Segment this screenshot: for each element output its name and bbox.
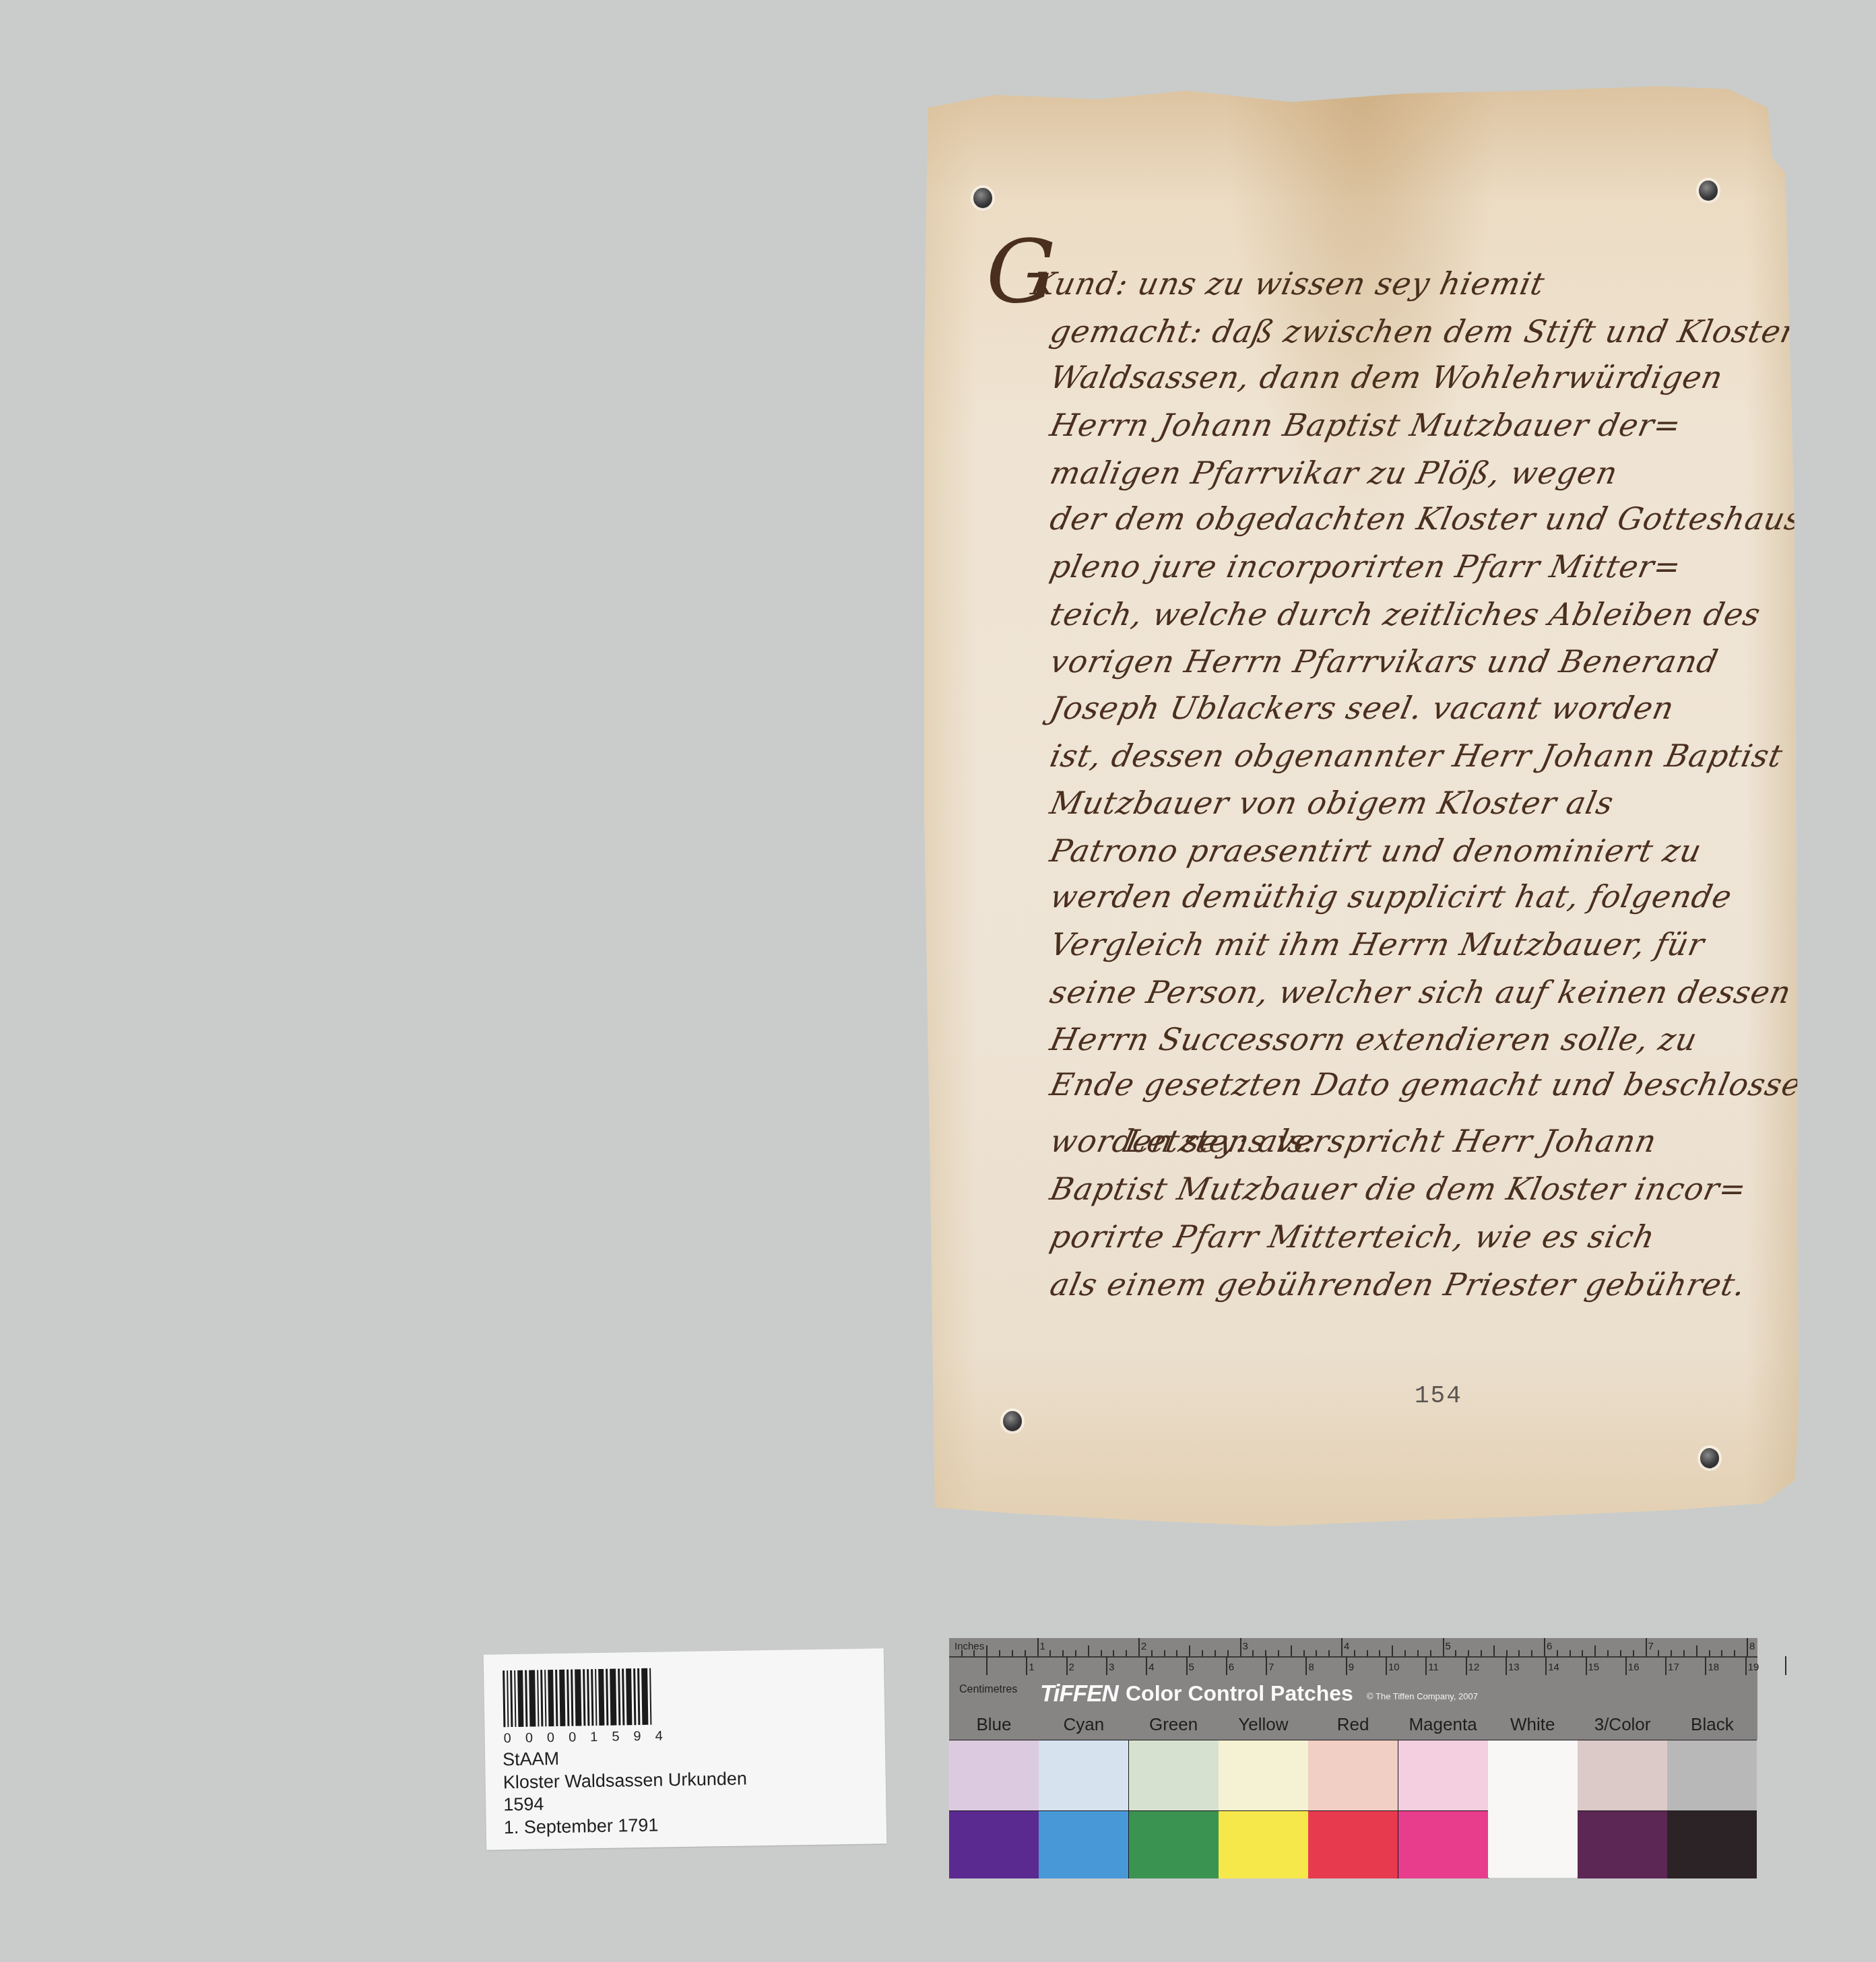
ruler-tick [1305,1656,1307,1675]
cm-number: 3 [1109,1662,1114,1673]
barcode-bar [575,1669,581,1726]
color-patch-dark [1488,1810,1578,1878]
barcode-bar [595,1669,597,1726]
cm-number: 5 [1189,1662,1194,1673]
ruler-tick [1696,1645,1697,1656]
manuscript-page: G Kund: uns zu wissen sey hiemitgemacht:… [924,86,1799,1526]
ruler-tick [1545,1656,1547,1675]
cm-number: 7 [1268,1662,1274,1673]
patch-label: Black [1667,1714,1757,1735]
ruler-tick [1346,1656,1347,1675]
ruler-tick [1506,1650,1508,1656]
rivet-bottom-left-icon [1003,1411,1022,1431]
barcode-bar [591,1669,593,1726]
manuscript-line: Letztens verspricht Herr Johann [1122,1123,1876,1159]
color-patch-light [1578,1740,1668,1811]
ruler-tick [1646,1638,1647,1656]
color-patch-dark [1129,1810,1219,1878]
label-number: 1594 [503,1790,748,1817]
tiffen-logo: TiFFEN [1040,1680,1118,1707]
manuscript-line: als einem gebührenden Priester gebühret. [1047,1266,1876,1303]
ruler-tick [1186,1656,1188,1675]
cm-number: 4 [1149,1662,1154,1673]
cm-number: 9 [1349,1662,1354,1673]
barcode-bar [567,1670,569,1726]
patch-label: Cyan [1039,1714,1128,1735]
ruler-tick [1544,1638,1545,1656]
label-archive: StAAM [503,1745,747,1771]
barcode [503,1668,653,1727]
manuscript-line: Herrn Johann Baptist Mutzbauer der= [1047,407,1876,443]
rivet-top-left-icon [973,188,992,208]
centimetres-ruler: 12345678910111213141516171819 [949,1656,1757,1676]
ruler-tick [986,1645,988,1656]
ruler-tick [1466,1656,1467,1675]
barcode-bar [571,1670,573,1726]
manuscript-line: Waldsassen, dann dem Wohlehrwürdigen [1047,359,1876,395]
barcode-bar [514,1670,516,1727]
barcode-bar [626,1668,632,1725]
barcode-bar [507,1670,509,1727]
ruler-tick [1367,1650,1368,1656]
fold-line [1823,86,1825,1526]
color-patch-light [1219,1740,1309,1811]
ruler-tick [999,1650,1000,1656]
chart-title: Color Control Patches [1126,1681,1353,1706]
rivet-bottom-right-icon [1700,1448,1719,1468]
barcode-bar [503,1670,505,1727]
barcode-digit: 9 [633,1729,641,1744]
ruler-tick [1658,1650,1659,1656]
ruler-tick [1633,1650,1634,1656]
centimetres-label: Centimetres [959,1684,1017,1696]
ruler-tick [1425,1656,1427,1675]
barcode-bar [610,1669,616,1726]
manuscript-line: seine Person, welcher sich auf keinen de… [1047,974,1876,1010]
ruler-tick [1392,1645,1393,1656]
cm-number: 13 [1508,1662,1520,1673]
barcode-digit: 0 [569,1730,576,1746]
manuscript-line: Ende gesetzten Dato gemacht und beschlos… [1047,1066,1876,1103]
manuscript-line: Baptist Mutzbauer die dem Kloster incor= [1047,1171,1876,1207]
ruler-tick [1303,1650,1305,1656]
inches-label: Inches [955,1641,984,1652]
manuscript-line: ist, dessen obgenannter Herr Johann Bapt… [1047,738,1876,774]
barcode-bar [598,1669,604,1726]
patch-label: Yellow [1219,1714,1308,1735]
chart-copyright: © The Tiffen Company, 2007 [1367,1691,1478,1701]
ruler-tick [1012,1650,1013,1656]
ruler-tick [1705,1656,1706,1675]
ruler-tick [1278,1650,1279,1656]
manuscript-line: pleno jure incorporirten Pfarr Mitter= [1047,548,1876,585]
ruler-tick [1227,1650,1229,1656]
barcode-bar [641,1668,648,1725]
cm-number: 11 [1428,1662,1439,1673]
label-date: 1. September 1791 [504,1812,748,1839]
barcode-digit: 4 [655,1729,662,1744]
ruler-tick [1671,1650,1672,1656]
rivet-top-right-icon [1699,181,1718,201]
inches-ruler: Inches 12345678 [949,1638,1757,1658]
manuscript-line: Patrono praesentirt und denominiert zu [1047,832,1876,869]
ruler-tick [1386,1656,1387,1675]
ruler-tick [1683,1650,1685,1656]
cm-number: 8 [1308,1662,1314,1673]
color-patch-dark [1039,1810,1129,1878]
ruler-tick [1164,1650,1165,1656]
ruler-tick [1146,1656,1147,1675]
ruler-tick [1607,1650,1609,1656]
ruler-tick [1101,1650,1102,1656]
ruler-tick [1620,1650,1621,1656]
inch-number: 8 [1749,1641,1755,1652]
ruler-tick [1189,1645,1190,1656]
ruler-tick [1417,1650,1419,1656]
barcode-bar [517,1670,523,1727]
ruler-tick [1316,1650,1317,1656]
barcode-digits: 00001594 [504,1729,663,1747]
barcode-digit: 1 [590,1730,597,1745]
cm-number: 10 [1388,1662,1400,1673]
ruler-tick [1455,1650,1456,1656]
ruler-tick [1026,1656,1027,1675]
barcode-bar [618,1669,620,1726]
barcode-bar [622,1668,624,1725]
ruler-tick [1113,1650,1114,1656]
ruler-tick [1266,1656,1267,1675]
inch-number: 4 [1344,1641,1349,1652]
label-collection: Kloster Waldsassen Urkunden [503,1767,747,1794]
ruler-tick [1443,1638,1444,1656]
ruler-tick [1138,1638,1140,1656]
manuscript-line: vorigen Herrn Pfarrvikars und Benerand [1047,643,1876,680]
patch-label: Magenta [1398,1714,1488,1735]
barcode-bar [544,1670,546,1726]
inch-number: 1 [1040,1641,1045,1652]
color-patch-light [1667,1740,1757,1811]
ruler-tick [1126,1650,1127,1656]
ruler-tick [1404,1650,1406,1656]
barcode-bar [633,1668,636,1725]
ruler-tick [1049,1650,1051,1656]
inch-number: 7 [1648,1641,1654,1652]
cm-number: 19 [1748,1662,1759,1673]
cm-number: 16 [1628,1662,1640,1673]
ruler-tick [1354,1650,1355,1656]
ruler-tick [973,1650,975,1656]
color-patch-dark [949,1810,1039,1878]
ruler-tick [1594,1645,1596,1656]
patch-label: Blue [949,1714,1039,1735]
color-patch-dark [1308,1810,1398,1878]
ruler-tick [986,1656,988,1675]
cm-number: 12 [1468,1662,1480,1673]
color-patch-light [1398,1740,1489,1811]
ruler-tick [1582,1650,1583,1656]
ruler-tick [1291,1645,1292,1656]
ruler-tick [1379,1650,1380,1656]
cm-number: 17 [1668,1662,1679,1673]
ruler-tick [1088,1645,1089,1656]
ruler-tick [1265,1650,1266,1656]
color-patch-dark [1667,1810,1757,1878]
manuscript-line: werden demüthig supplicirt hat, folgende [1047,878,1876,915]
ruler-tick [1785,1656,1786,1675]
color-patch-light [1488,1740,1578,1811]
cm-number: 14 [1548,1662,1559,1673]
ruler-tick [1481,1650,1482,1656]
ruler-tick [1066,1656,1068,1675]
manuscript-line: Herrn Successorn extendieren solle, zu [1047,1021,1876,1057]
manuscript-line: teich, welche durch zeitliches Ableiben … [1047,596,1876,632]
ruler-tick [1430,1650,1431,1656]
ruler-tick [1625,1656,1627,1675]
ruler-tick [1745,1656,1747,1675]
barcode-bar [559,1670,565,1726]
ruler-tick [1106,1656,1107,1675]
barcode-bar [525,1670,527,1727]
color-patch-light [1039,1740,1129,1811]
ruler-tick [1176,1650,1177,1656]
inch-number: 6 [1547,1641,1552,1652]
barcode-bar [583,1669,585,1726]
barcode-bar [537,1670,539,1726]
manuscript-line: Mutzbauer von obigem Kloster als [1047,785,1876,821]
patch-label: Red [1308,1714,1398,1735]
cm-number: 6 [1229,1662,1234,1673]
barcode-bar [606,1669,608,1726]
cm-number: 18 [1708,1662,1719,1673]
manuscript-line: maligen Pfarrvikar zu Plöß, wegen [1047,455,1876,491]
ruler-tick [1665,1656,1667,1675]
color-patch-light [1308,1740,1398,1811]
ruler-tick [1586,1656,1587,1675]
color-patch-dark [1578,1810,1668,1878]
manuscript-line: der dem obgedachten Kloster und Gottesha… [1047,500,1876,537]
barcode-digit: 0 [504,1731,511,1746]
patch-label: Green [1129,1714,1219,1735]
ruler-tick [1468,1650,1469,1656]
ruler-tick [1328,1650,1330,1656]
patch-label: 3/Color [1578,1714,1667,1735]
color-patch-light [1129,1740,1219,1811]
ruler-tick [1252,1650,1254,1656]
ruler-tick [1734,1650,1735,1656]
archive-label: 00001594 StAAM Kloster Waldsassen Urkund… [484,1648,886,1850]
barcode-digit: 0 [547,1730,554,1746]
ruler-tick [1570,1650,1571,1656]
barcode-bar [540,1670,543,1726]
barcode-digit: 5 [612,1730,619,1745]
inch-number: 2 [1141,1641,1146,1652]
barcode-bar [529,1670,536,1726]
barcode-digit: 0 [525,1731,533,1746]
ruler-tick [1240,1638,1241,1656]
page-number: 154 [1415,1382,1462,1410]
barcode-bar [510,1670,513,1727]
ruler-tick [1709,1650,1710,1656]
cm-number: 1 [1029,1662,1034,1673]
inch-number: 5 [1446,1641,1451,1652]
color-patch-light [949,1740,1039,1811]
ruler-tick [1202,1650,1203,1656]
barcode-bar [649,1668,651,1725]
color-patch-dark [1219,1810,1309,1878]
manuscript-line: porirte Pfarr Mitterteich, wie es sich [1047,1218,1876,1255]
cm-number: 15 [1588,1662,1600,1673]
cm-number: 2 [1069,1662,1074,1673]
patch-label: White [1488,1714,1578,1735]
chart-header: Inches 12345678 123456789101112131415161… [949,1638,1757,1740]
barcode-bar [548,1670,554,1726]
ruler-tick [1025,1650,1026,1656]
ruler-tick [1747,1638,1748,1656]
ruler-tick [1215,1650,1216,1656]
ruler-tick [1037,1638,1039,1656]
ruler-tick [1557,1650,1558,1656]
ruler-tick [1721,1650,1722,1656]
ruler-tick [1151,1650,1153,1656]
ruler-tick [1075,1650,1076,1656]
manuscript-line: Vergleich mit ihm Herrn Mutzbauer, für [1047,926,1876,962]
ruler-tick [1531,1650,1532,1656]
ruler-tick [1341,1638,1343,1656]
manuscript-line: Joseph Ublackers seel. vacant worden [1047,690,1876,726]
inch-number: 3 [1243,1641,1248,1652]
ruler-tick [1226,1656,1227,1675]
ruler-tick [961,1650,963,1656]
ruler-tick [1506,1656,1507,1675]
barcode-bar [555,1670,558,1726]
ruler-tick [1062,1650,1064,1656]
color-control-chart: Inches 12345678 123456789101112131415161… [949,1638,1757,1878]
ruler-tick [1493,1645,1495,1656]
color-patch-dark [1398,1810,1489,1878]
manuscript-line: gemacht: daß zwischen dem Stift und Klos… [1047,313,1876,350]
manuscript-line: Kund: uns zu wissen sey hiemit [1028,265,1876,302]
ruler-tick [1518,1650,1520,1656]
label-text: StAAM Kloster Waldsassen Urkunden 1594 1… [503,1745,748,1839]
barcode-bar [637,1668,640,1725]
barcode-bar [587,1669,589,1726]
